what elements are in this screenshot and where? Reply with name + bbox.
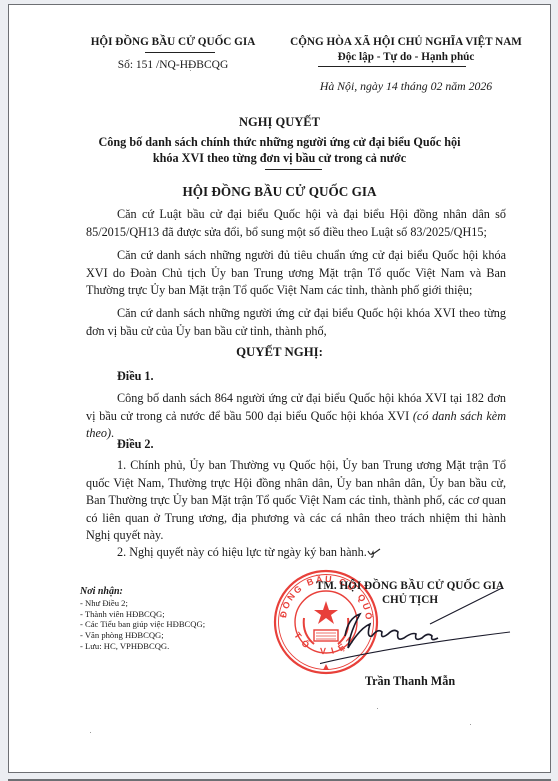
scan-speck: [377, 708, 378, 709]
recipient-item: - Thành viên HĐBCQG;: [80, 609, 205, 620]
document-type: NGHỊ QUYẾT: [8, 115, 551, 130]
article-2-clause-2: 2. Nghị quyết này có hiệu lực từ ngày ký…: [86, 544, 506, 562]
scan-speck: [90, 732, 91, 733]
recipient-item: - Lưu: HC, VPHĐBCQG.: [80, 641, 205, 652]
motto-underline: [318, 66, 466, 67]
recipients-title: Nơi nhận:: [80, 587, 205, 598]
decision-heading: QUYẾT NGHỊ:: [8, 345, 551, 360]
signer-name: Trần Thanh Mẫn: [300, 674, 520, 689]
document-subject: Công bố danh sách chính thức những người…: [8, 134, 551, 166]
handwritten-signature-icon: [320, 588, 520, 668]
national-motto: Độc lập - Tự do - Hạnh phúc: [272, 51, 540, 63]
recipients-block: Nơi nhận: - Như Điều 2; - Thành viên HĐB…: [80, 587, 205, 652]
article-2-clause-2-text: 2. Nghị quyết này có hiệu lực từ ngày ký…: [117, 545, 367, 559]
document-number: Số: 151 /NQ-HĐBCQG: [88, 59, 258, 71]
article-1-text: Công bố danh sách 864 người ứng cử đại b…: [86, 390, 506, 443]
subject-underline: [265, 169, 322, 170]
scan-speck: [190, 70, 191, 71]
article-1-period: .: [111, 426, 114, 440]
article-2-title: Điều 2.: [117, 437, 154, 452]
subject-line-1: Công bố danh sách chính thức những người…: [8, 134, 551, 150]
scan-speck: [470, 724, 471, 725]
preamble-paragraph: Căn cứ danh sách những người ứng cử đại …: [86, 305, 506, 340]
issuing-body: HỘI ĐỒNG BẦU CỬ QUỐC GIA: [88, 36, 258, 48]
recipient-item: - Như Điều 2;: [80, 598, 205, 609]
initial-mark-icon: [367, 548, 381, 558]
subject-line-2: khóa XVI theo từng đơn vị bầu cử trong c…: [8, 150, 551, 166]
issuer-heading: HỘI ĐỒNG BẦU CỬ QUỐC GIA: [8, 184, 551, 200]
recipient-item: - Các Tiểu ban giúp việc HĐBCQG;: [80, 619, 205, 630]
recipient-item: - Văn phòng HĐBCQG;: [80, 630, 205, 641]
national-title: CỘNG HÒA XÃ HỘI CHỦ NGHĨA VIỆT NAM: [272, 36, 540, 48]
issuing-body-underline: [145, 52, 215, 53]
place-date: Hà Nội, ngày 14 tháng 02 năm 2026: [272, 79, 540, 94]
preamble-paragraph: Căn cứ danh sách những người đủ tiêu chu…: [86, 247, 506, 300]
article-1-title: Điều 1.: [117, 369, 154, 384]
article-2-clause-1: 1. Chính phủ, Ủy ban Thường vụ Quốc hội,…: [86, 457, 506, 545]
preamble-paragraph: Căn cứ Luật bầu cử đại biểu Quốc hội và …: [86, 206, 506, 241]
